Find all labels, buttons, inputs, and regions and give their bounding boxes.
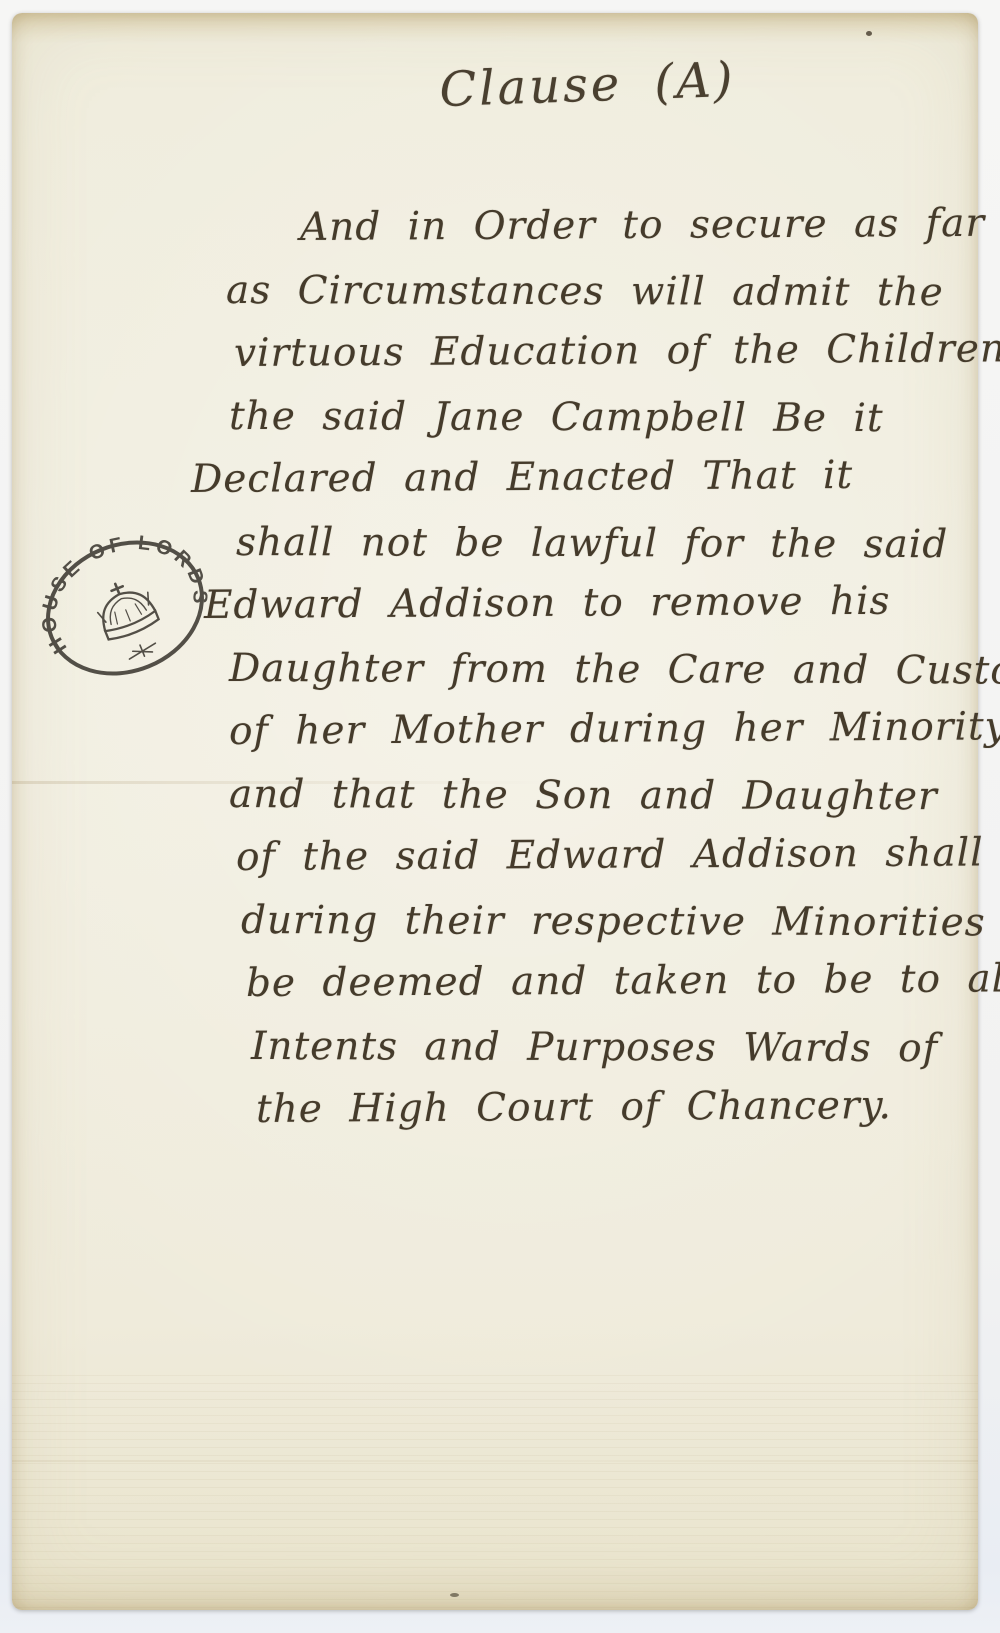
handwritten-line: the said Jane Campbell Be it (229, 385, 1000, 450)
handwritten-line: be deemed and taken to be to all (246, 947, 1000, 1015)
handwritten-line: shall not be lawful for the said (236, 511, 1000, 576)
house-of-lords-stamp: HOUSE OF LORDS (28, 510, 222, 706)
handwritten-line: And in Order to secure as far (300, 192, 1000, 259)
handwritten-line: Edward Addison to remove his (204, 569, 1000, 637)
stamp-text: HOUSE OF LORDS (28, 510, 219, 671)
paper-speck (450, 1593, 459, 1597)
handwritten-line: Declared and Enacted That it (191, 443, 1000, 511)
handwritten-line: and that the Son and Daughter (229, 763, 1000, 828)
paper-speck (866, 31, 872, 36)
handwritten-line: of the said Edward Addison shall (236, 821, 1000, 889)
handwritten-line: during their respective Minorities (241, 889, 1000, 954)
laid-paper-texture (12, 1375, 978, 1610)
photograph-background: Clause (A) And in Order to secure as far… (0, 0, 1000, 1633)
handwritten-line: Daughter from the Care and Custody (229, 637, 1000, 702)
handwritten-line: virtuous Education of the Children of (234, 317, 1000, 385)
handwritten-line: as Circumstances will admit the (226, 259, 1000, 324)
crown-icon (90, 574, 160, 643)
sprig-icon (126, 639, 158, 661)
handwritten-line: the High Court of Chancery. (256, 1073, 1000, 1141)
svg-text:HOUSE OF LORDS: HOUSE OF LORDS (28, 510, 219, 671)
handwritten-line: of her Mother during her Minority (229, 695, 1000, 763)
handwritten-line: Intents and Purposes Wards of (251, 1015, 1000, 1080)
paper-crease (12, 1460, 978, 1462)
